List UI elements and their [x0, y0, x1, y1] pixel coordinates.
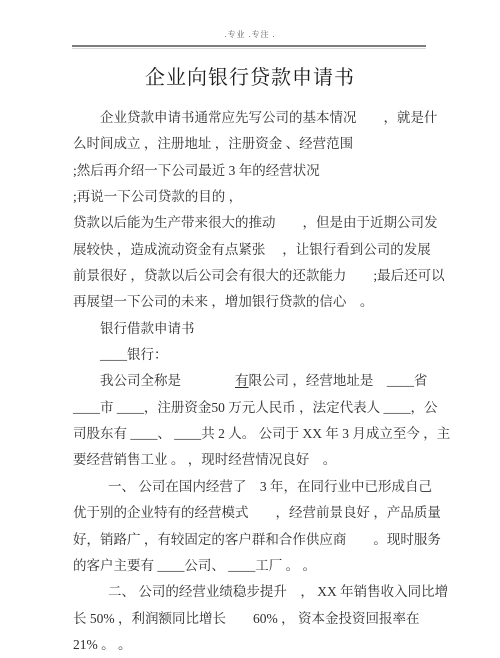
- doc-line: 长 50% ，利润额同比增长 60% ， 资本金投资回报率在: [73, 606, 433, 632]
- doc-text-segment: 再展望一下公司的未来 ，增加银行贷款的信心 。: [73, 294, 373, 309]
- doc-line: ____市 ____，注册资金50 万元人民币 ，法定代表人 ____，公: [73, 395, 433, 421]
- header-tagline: .专业 .专注 .: [0, 29, 500, 40]
- document-body: 企业贷款申请书通常应先写公司的基本情况 ，就是什么时间成立 ，注册地址 ，注册资…: [73, 105, 433, 658]
- doc-line: 展较快 ，造成流动资金有点紧张 ，让银行看到公司的发展: [73, 237, 433, 263]
- doc-text-segment: 司股东有 ____、 ____共 2 人。 公司于 XX 年 3 月成立至今 ，…: [73, 426, 450, 441]
- doc-text-segment: 银行借款申请书: [100, 321, 195, 336]
- doc-text-segment: 好，销路广 ，有较固定的客户群和合作供应商 。现时服务: [73, 532, 441, 547]
- doc-line: 前景很好 ，贷款以后公司会有很大的还款能力 ;最后还可以: [73, 263, 433, 289]
- doc-line: 银行借款申请书: [73, 316, 433, 342]
- underline-blank: 有: [235, 373, 249, 388]
- doc-text-segment: ____市 ____，注册资金50 万元人民币 ，法定代表人 ____，公: [73, 400, 438, 415]
- doc-line: 二、 公司的经营业绩稳步提升 ， XX 年销售收入同比增: [73, 579, 433, 605]
- doc-line: ;再说一下公司贷款的目的 ，: [73, 184, 433, 210]
- doc-line: 贷款以后能为生产带来很大的推动 ，但是由于近期公司发: [73, 210, 433, 236]
- doc-line: 我公司全称是 有限公司 ，经营地址是 ____省: [73, 368, 433, 394]
- doc-line: 21% 。 。: [73, 632, 433, 658]
- doc-text-segment: 贷款以后能为生产带来很大的推动 ，但是由于近期公司发: [73, 215, 438, 230]
- doc-text-segment: 优于别的企业特有的经营模式 ，经营前景良好 ，产品质量: [73, 505, 441, 520]
- doc-text-segment: 的客户主要有 ____公司、 ____工厂 。 。: [73, 558, 316, 573]
- doc-text-segment: 前景很好 ，贷款以后公司会有很大的还款能力 ;最后还可以: [73, 268, 445, 283]
- doc-text-segment: ;再说一下公司贷款的目的 ，: [73, 189, 242, 204]
- doc-text-segment: 我公司全称是: [100, 373, 235, 388]
- doc-line: 的客户主要有 ____公司、 ____工厂 。 。: [73, 553, 433, 579]
- doc-text-segment: 展较快 ，造成流动资金有点紧张 ，让银行看到公司的发展: [73, 242, 431, 257]
- doc-text-segment: 二、 公司的经营业绩稳步提升 ， XX 年销售收入同比增: [108, 584, 448, 599]
- doc-text-segment: 么时间成立 ，注册地址 ，注册资金 、经营范围: [73, 136, 353, 151]
- doc-text-segment: 限公司 ，经营地址是 ____省: [249, 373, 428, 388]
- doc-line: 企业贷款申请书通常应先写公司的基本情况 ，就是什: [73, 105, 433, 131]
- doc-text-segment: ____银行：: [100, 347, 168, 362]
- document-page: .专业 .专注 . 企业向银行贷款申请书 企业贷款申请书通常应先写公司的基本情况…: [0, 0, 500, 658]
- doc-text-segment: 21% 。 。: [73, 637, 132, 652]
- doc-line: ;然后再介绍一下公司最近 3 年的经营状况: [73, 158, 433, 184]
- doc-text-segment: ;然后再介绍一下公司最近 3 年的经营状况: [73, 163, 320, 178]
- doc-text-segment: 企业贷款申请书通常应先写公司的基本情况 ，就是什: [100, 110, 438, 125]
- doc-text-segment: 长 50% ，利润额同比增长 60% ， 资本金投资回报率在: [73, 611, 420, 626]
- doc-line: 么时间成立 ，注册地址 ，注册资金 、经营范围: [73, 131, 433, 157]
- doc-line: 司股东有 ____、 ____共 2 人。 公司于 XX 年 3 月成立至今 ，…: [73, 421, 433, 447]
- doc-line: 好，销路广 ，有较固定的客户群和合作供应商 。现时服务: [73, 527, 433, 553]
- doc-line: 一、 公司在国内经营了 3 年，在同行业中已形成自己: [73, 474, 433, 500]
- doc-text-segment: 一、 公司在国内经营了 3 年，在同行业中已形成自己: [108, 479, 432, 494]
- doc-line: 优于别的企业特有的经营模式 ，经营前景良好 ，产品质量: [73, 500, 433, 526]
- doc-line: 再展望一下公司的未来 ，增加银行贷款的信心 。: [73, 289, 433, 315]
- header-rule-divider: [72, 45, 426, 49]
- doc-text-segment: 要经营销售工业 。 ，现时经营情况良好 。: [73, 452, 336, 467]
- doc-line: 要经营销售工业 。 ，现时经营情况良好 。: [73, 447, 433, 473]
- page-title: 企业向银行贷款申请书: [0, 61, 500, 90]
- doc-line: ____银行：: [73, 342, 433, 368]
